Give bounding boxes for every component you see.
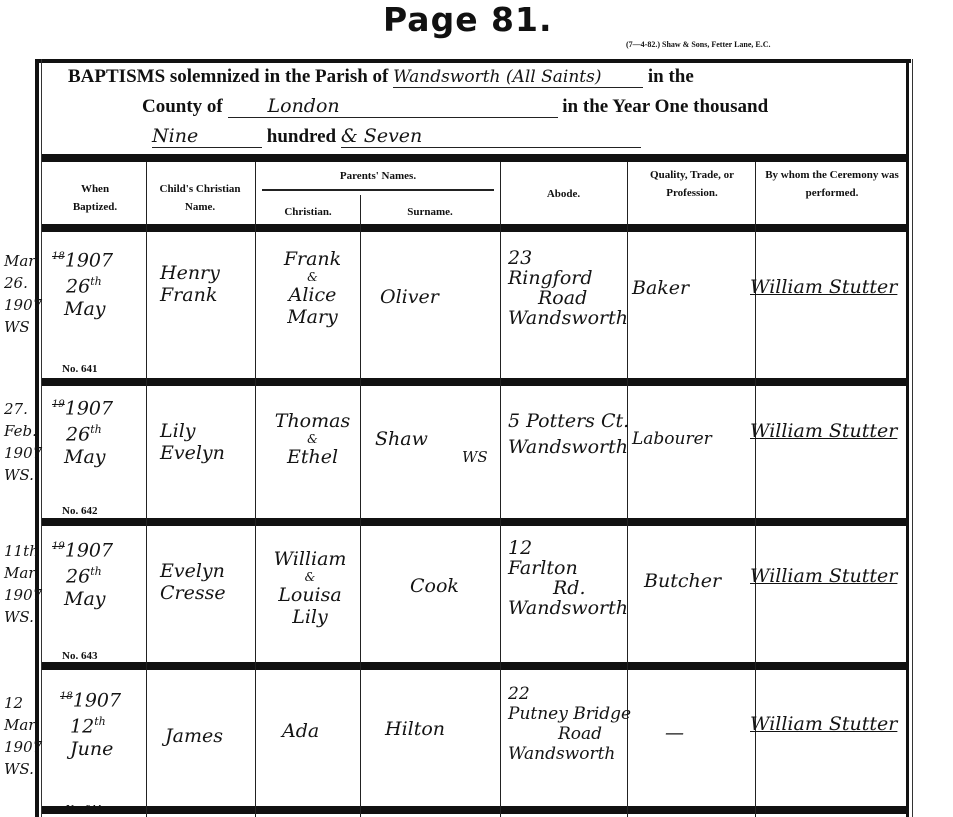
page-title: Page 81. xyxy=(383,0,553,39)
child-name: HenryFrank xyxy=(160,262,220,306)
year-mid: hundred xyxy=(267,126,336,147)
frame-right-inner-rule xyxy=(912,59,913,817)
parent-surname: Shaw xyxy=(375,428,428,450)
entry-number: No. 642 xyxy=(62,505,97,517)
entry-number: No. 643 xyxy=(62,650,97,662)
entry-number: No. 641 xyxy=(62,363,97,375)
col-divider-4 xyxy=(500,162,501,817)
rule-row-2 xyxy=(42,518,906,526)
parent-surname: Hilton xyxy=(385,718,445,740)
heading-suffix: in the xyxy=(648,66,694,87)
col-header-surname: Surname. xyxy=(362,203,498,221)
printer-mark: (7—4-82.) Shaw & Sons, Fetter Lane, E.C. xyxy=(626,40,771,49)
rule-row-4 xyxy=(42,806,906,814)
quality-trade: — xyxy=(665,722,684,744)
parish-field: Wandsworth (All Saints) xyxy=(393,67,643,88)
col-header-christian: Christian. xyxy=(258,203,358,221)
officiant-signature: William Stutter xyxy=(750,276,897,298)
officiant-signature: William Stutter xyxy=(750,565,897,587)
col-divider-2 xyxy=(255,162,256,817)
margin-note: 12Mar.1907WS. xyxy=(4,692,36,780)
officiant-signature: William Stutter xyxy=(750,713,897,735)
col-header-officiant: By whom the Ceremony was performed. xyxy=(762,166,902,202)
parents-christian: Thomas&Ethel xyxy=(270,410,355,468)
year-hundreds-field: Nine xyxy=(152,125,262,148)
when-baptized: 181907 12th June xyxy=(60,686,146,760)
col-divider-3 xyxy=(360,195,361,817)
parent-surname: Cook xyxy=(410,575,459,597)
col-header-quality: Quality, Trade, or Profession. xyxy=(637,166,747,202)
margin-note: 27.Feb.1907WS. xyxy=(4,398,36,486)
when-baptized: 181907 26th May xyxy=(52,246,144,320)
when-baptized: 191907 26th May xyxy=(52,394,144,468)
margin-note: Mar.26.1907WS xyxy=(4,250,36,338)
heading-line-1: BAPTISMS solemnized in the Parish of Wan… xyxy=(68,66,694,88)
col-header-abode: Abode. xyxy=(502,185,625,203)
col-header-when: When Baptized. xyxy=(60,180,130,216)
county-suffix: in the Year One thousand xyxy=(562,96,768,117)
abode: 23RingfordRoadWandsworth xyxy=(508,248,628,328)
child-name: EvelynCresse xyxy=(160,560,226,604)
quality-trade: Baker xyxy=(632,277,689,299)
county-prefix: County of xyxy=(142,96,223,117)
margin-note: 11thMar.1907WS. xyxy=(4,540,36,628)
frame-top-rule xyxy=(38,59,911,63)
frame-left-inner-rule xyxy=(41,59,42,817)
surname-initials: WS xyxy=(462,448,488,466)
when-baptized: 191907 26th May xyxy=(52,536,144,610)
parent-surname: Oliver xyxy=(380,286,439,308)
rule-above-headers xyxy=(42,154,906,162)
child-name: LilyEvelyn xyxy=(160,420,225,464)
rule-row-1 xyxy=(42,378,906,386)
rule-below-headers xyxy=(42,224,906,232)
heading-prefix: BAPTISMS solemnized in the Parish of xyxy=(68,66,388,87)
officiant-signature: William Stutter xyxy=(750,420,897,442)
col-divider-1 xyxy=(146,162,147,817)
abode: 22Putney BridgeRoadWandsworth xyxy=(508,684,631,764)
rule-row-3 xyxy=(42,662,906,670)
quality-trade: Butcher xyxy=(644,570,721,592)
parents-christian: Ada xyxy=(282,720,319,742)
year-rest-field: & Seven xyxy=(341,125,641,148)
child-name: James xyxy=(165,725,223,747)
parents-christian: William&LouisaLily xyxy=(265,548,355,628)
abode: 12FarltonRd.Wandsworth xyxy=(508,538,628,618)
heading-line-2: County of London in the Year One thousan… xyxy=(142,95,768,118)
county-field: London xyxy=(228,95,558,118)
abode: 5 Potters Ct.Wandsworth xyxy=(508,408,629,460)
parents-christian: Frank&AliceMary xyxy=(270,248,355,328)
col-header-parents: Parents' Names. xyxy=(262,167,494,185)
quality-trade: Labourer xyxy=(632,428,712,450)
entry-number: No. 644 xyxy=(66,803,101,815)
heading-line-3: Nine hundred & Seven xyxy=(152,125,641,148)
parents-group-rule xyxy=(262,189,494,191)
frame-right-rule xyxy=(906,59,909,817)
col-header-child: Child's Christian Name. xyxy=(150,180,250,216)
